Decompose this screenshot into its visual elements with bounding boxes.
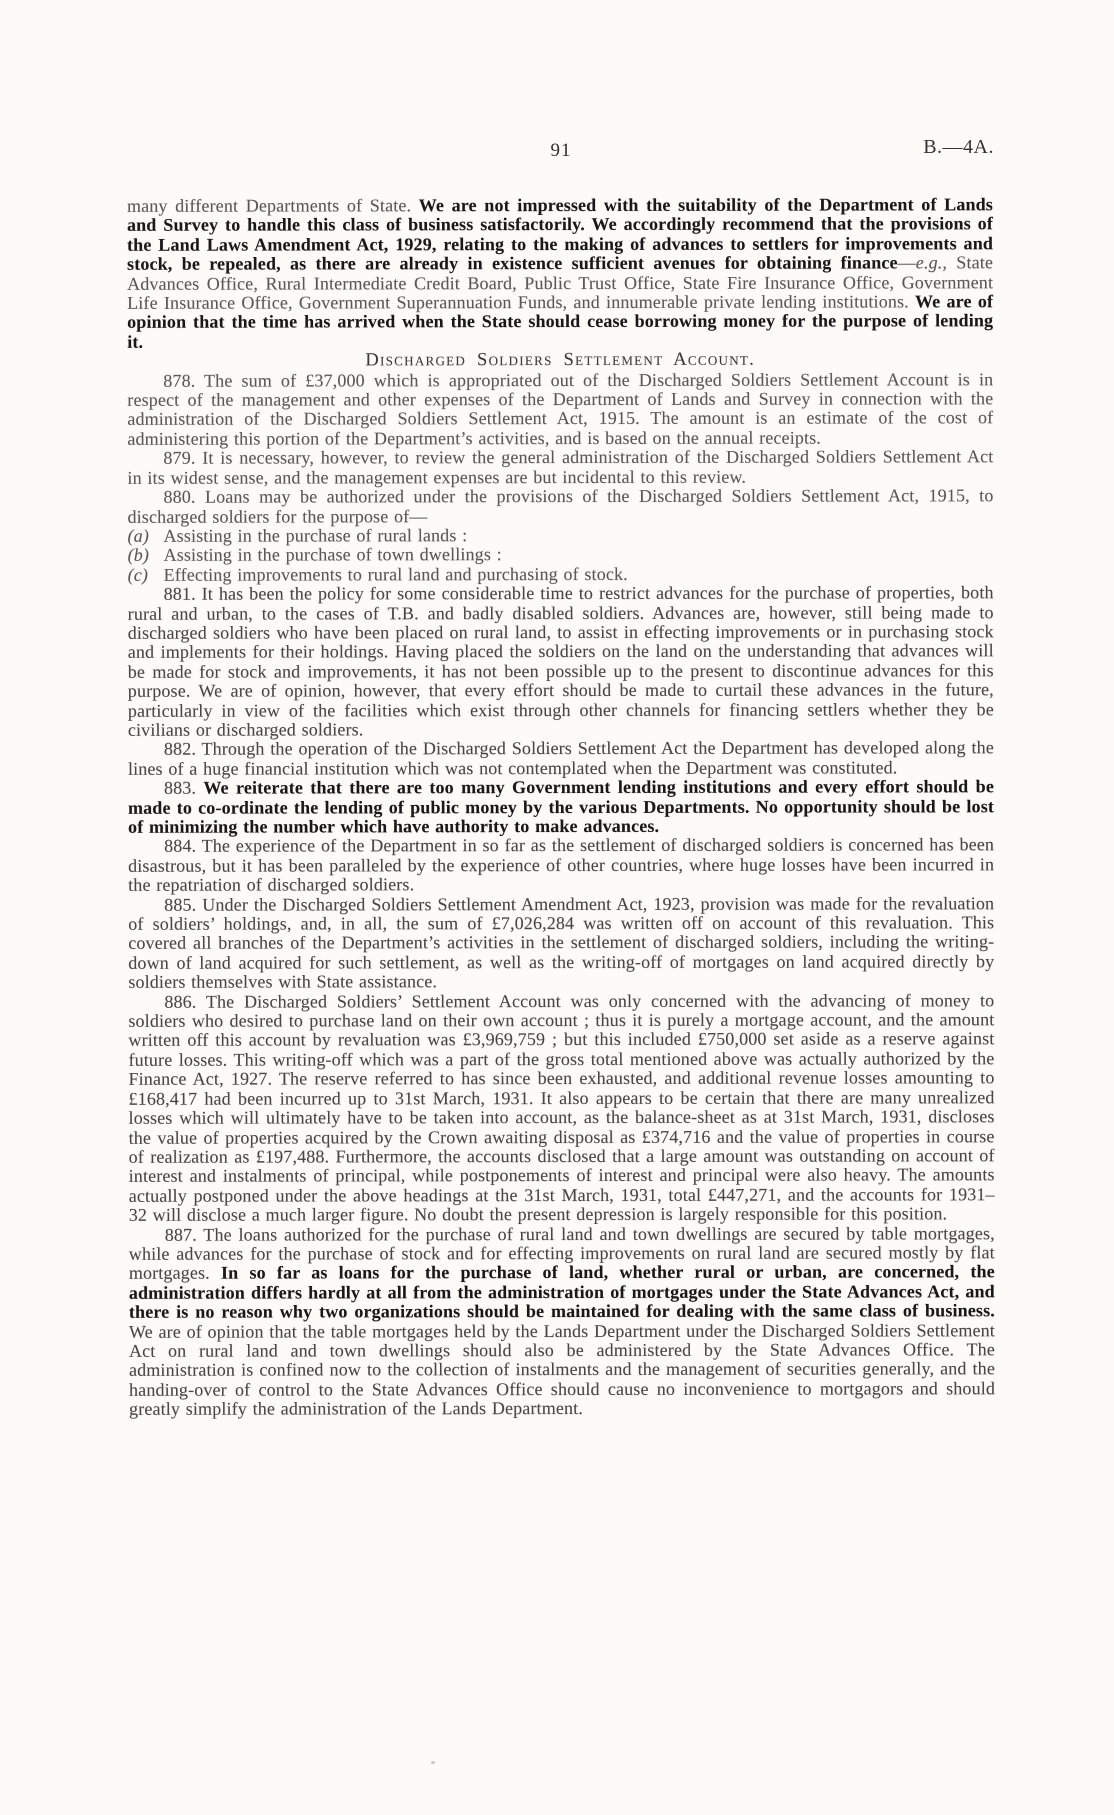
list-item-label: (b) xyxy=(128,546,164,565)
list-item-text: Assisting in the purchase of town dwelli… xyxy=(164,544,502,565)
paragraph-883: 883. We reiterate that there are too man… xyxy=(128,777,994,837)
paragraph-885: 885. Under the Discharged Soldiers Settl… xyxy=(128,894,994,993)
paragraph-884: 884. The experience of the Department in… xyxy=(128,836,994,896)
text-run-bold: We reiterate that there are too many Gov… xyxy=(128,776,994,836)
paragraph-880: 880. Loans may be authorized under the p… xyxy=(127,486,993,526)
list-item-label: (c) xyxy=(128,565,164,584)
paragraph-continuation: many different Departments of State. We … xyxy=(127,195,993,352)
document-reference: B.—4A. xyxy=(923,136,994,159)
document-page: 91 B.—4A. many different Departments of … xyxy=(0,0,1114,1815)
text-run-normal: many different Departments of State. xyxy=(127,195,419,216)
section-heading: Discharged Soldiers Settlement Account. xyxy=(127,350,993,371)
paragraph-887: 887. The loans authorized for the purcha… xyxy=(129,1224,995,1420)
paragraph-879: 879. It is necessary, however, to review… xyxy=(127,448,993,488)
paragraph-882: 882. Through the operation of the Discha… xyxy=(128,739,994,779)
list-item-label: (a) xyxy=(128,527,164,546)
list-item-b: (b)Assisting in the purchase of town dwe… xyxy=(128,545,994,566)
text-run-bold: In so far as loans for the purchase of l… xyxy=(129,1262,995,1322)
scan-artifact-dot xyxy=(431,1761,435,1764)
text-run-normal: We are of opinion that the table mortgag… xyxy=(129,1320,995,1419)
list-item-a: (a)Assisting in the purchase of rural la… xyxy=(128,525,994,546)
list-item-text: Assisting in the purchase of rural lands… xyxy=(164,525,468,546)
list-item-text: Effecting improvements to rural land and… xyxy=(164,564,628,585)
document-body: many different Departments of State. We … xyxy=(127,195,995,1419)
text-run-italic: e.g., xyxy=(916,253,947,273)
paragraph-886: 886. The Discharged Soldiers’ Settlement… xyxy=(128,991,994,1225)
text-run-dash: — xyxy=(898,253,916,273)
paragraph-881: 881. It has been the policy for some con… xyxy=(128,583,994,740)
paragraph-878: 878. The sum of £37,000 which is appropr… xyxy=(127,370,993,449)
page-header: 91 B.—4A. xyxy=(128,140,994,170)
page-number: 91 xyxy=(128,140,994,162)
text-run-number: 883. xyxy=(164,778,203,798)
